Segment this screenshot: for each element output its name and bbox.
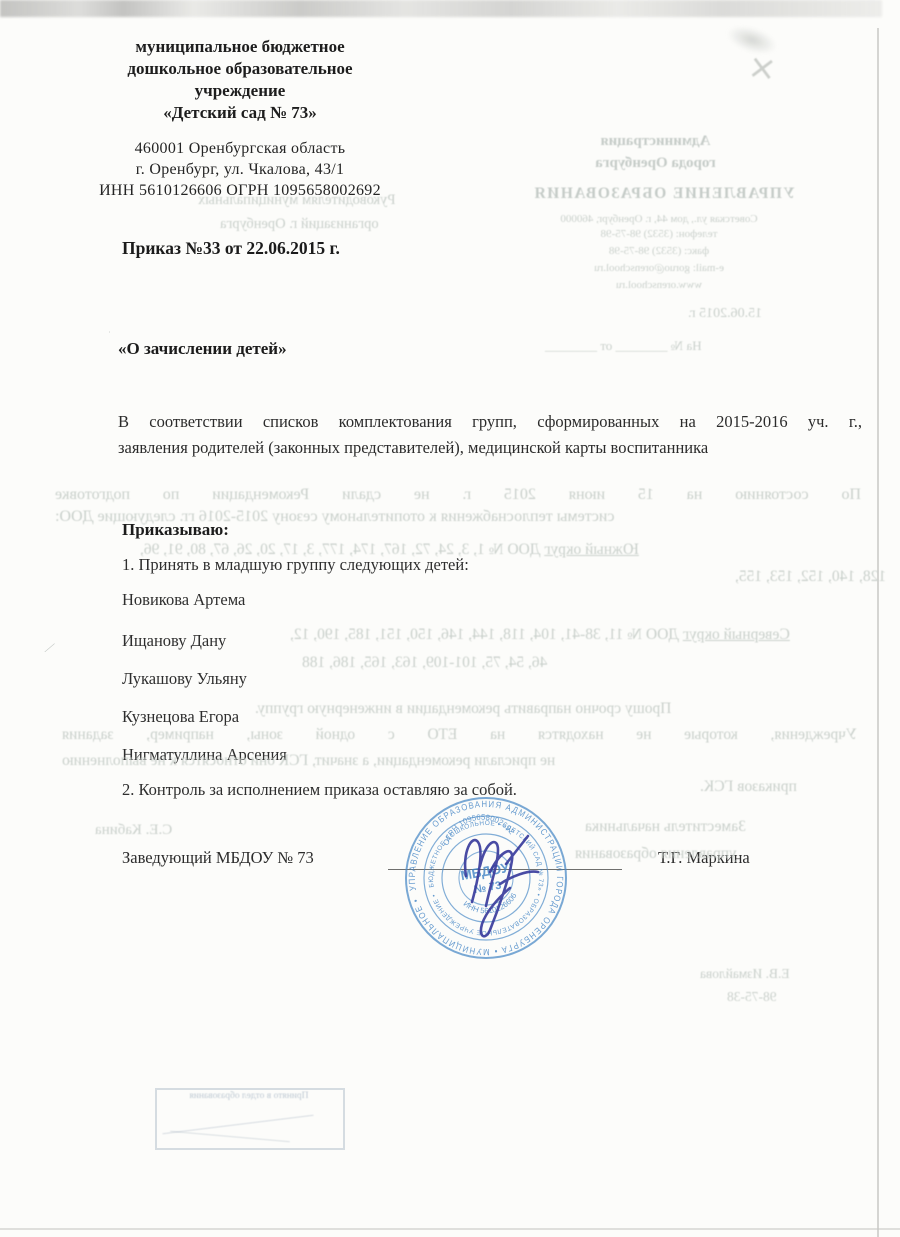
bleed-letterhead-small-3: e-mail: goruo@orenschool.ru: [545, 262, 773, 274]
bleed-letterhead-small-0: Советская ул., дом 44, г. Оренбург, 4600…: [545, 211, 773, 228]
child-name: Кузнецова Егора: [122, 707, 239, 727]
bleed-executor-phone: 98-75-38: [727, 989, 777, 1005]
scan-dot-speck: ˙: [108, 330, 111, 340]
bleed-executor-name: Е.В. Измайлова: [700, 966, 790, 982]
faint-rect-stamp-text: Принято в отдел образования: [159, 1091, 339, 1101]
bleed-north-rest: ДОО № 11, 38-41, 104, 118, 144, 146, 150…: [290, 626, 679, 643]
bleed-body-8: не прислали рекомендации, а значит, ГСК …: [62, 752, 555, 770]
order-number-line: Приказ №33 от 22.06.2015 г.: [122, 238, 340, 259]
bleed-body-north: Северный округ ДОО № 11, 38-41, 104, 118…: [290, 626, 790, 644]
bleed-body-3: 128, 140, 152, 153, 155,: [735, 568, 886, 586]
bleed-body-11: управления образования: [575, 845, 737, 863]
order-intro-line2: заявления родителей (законных представит…: [118, 438, 862, 458]
scan-right-edge-line: [877, 28, 879, 1237]
scan-cross-mark: ×: [745, 46, 779, 90]
bleed-admin-line1: Администрация: [563, 133, 748, 150]
bleed-letterhead-small-4: www.orenschool.ru: [545, 279, 773, 291]
faint-rect-stamp: Принято в отдел образования: [155, 1088, 345, 1150]
org-address-line: г. Оренбург, ул. Чкалова, 43/1: [40, 159, 440, 180]
bleed-body-south: Южный округ ДОО № 1, 3, 24, 72, 167, 174…: [140, 541, 639, 559]
scanned-order-page: × ⁄ ˙ Администрация города Оренбурга Рук…: [0, 0, 900, 1237]
order-subject: «О зачислении детей»: [118, 339, 287, 359]
scan-margin-tick: ⁄: [46, 640, 53, 658]
child-name: Ищанову Дану: [122, 631, 226, 651]
scan-bottom-edge-line: [0, 1228, 900, 1230]
org-name-line: муниципальное бюджетное: [40, 36, 440, 58]
bleed-admin-line2: города Оренбурга: [563, 155, 748, 172]
bleed-body-9: приказов ГСК.: [700, 778, 797, 796]
org-name-line: учреждение: [40, 80, 440, 102]
bleed-south-lead: Южный округ: [544, 541, 639, 558]
child-name: Новикова Артема: [122, 590, 245, 610]
bleed-letterhead-small-1: телефон: (3532) 98-75-98: [545, 228, 773, 240]
bleed-north-lead: Северный округ: [683, 626, 790, 643]
bleed-date: 15.06.2015 г.: [688, 306, 762, 322]
org-name-line: дошкольное образовательное: [40, 58, 440, 80]
org-address-line: 460001 Оренбургская область: [40, 138, 440, 159]
bleed-addressee-line2: организаций г. Оренбурга: [220, 216, 379, 233]
bleed-signer-name: С.Е. Кабина: [95, 822, 172, 839]
bleed-body-10: Заместитель начальника: [585, 818, 746, 836]
signoff-position: Заведующий МБДОУ № 73: [122, 848, 314, 868]
order-intro-line1: В соответствии списков комплектования гр…: [118, 412, 862, 432]
child-name: Лукашову Ульяну: [122, 669, 247, 689]
bleed-body-6: Прошу срочно направить рекомендации в ин…: [255, 700, 671, 718]
scan-top-smudge-band: [0, 0, 882, 17]
bleed-body-7: Учреждения, которые не находятся на ЕТО …: [62, 726, 857, 744]
handwritten-signature: [444, 818, 564, 943]
bleed-uo-title: УПРАВЛЕНИЕ ОБРАЗОВАНИЯ: [533, 185, 795, 203]
bleed-ref-line: На № ________ от ________: [545, 338, 702, 354]
bleed-south-rest: ДОО № 1, 3, 24, 72, 167, 174, 177, 3, 17…: [140, 541, 540, 558]
bleed-addressee-line1: Руководителям муниципальных: [198, 192, 395, 209]
org-name-line: «Детский сад № 73»: [40, 102, 440, 124]
bleed-letterhead-small-2: факс: (3532) 98-75-98: [545, 245, 773, 257]
org-name-block: муниципальное бюджетное дошкольное образ…: [40, 36, 440, 124]
bleed-body-5: 46, 54, 75, 101-109, 163, 165, 186, 188: [302, 654, 547, 672]
bleed-body-1: системы теплоснабжения к отопительному с…: [55, 508, 615, 526]
bleed-body-0: По состоянию на 15 июня 2015 г. не сдали…: [55, 486, 861, 504]
